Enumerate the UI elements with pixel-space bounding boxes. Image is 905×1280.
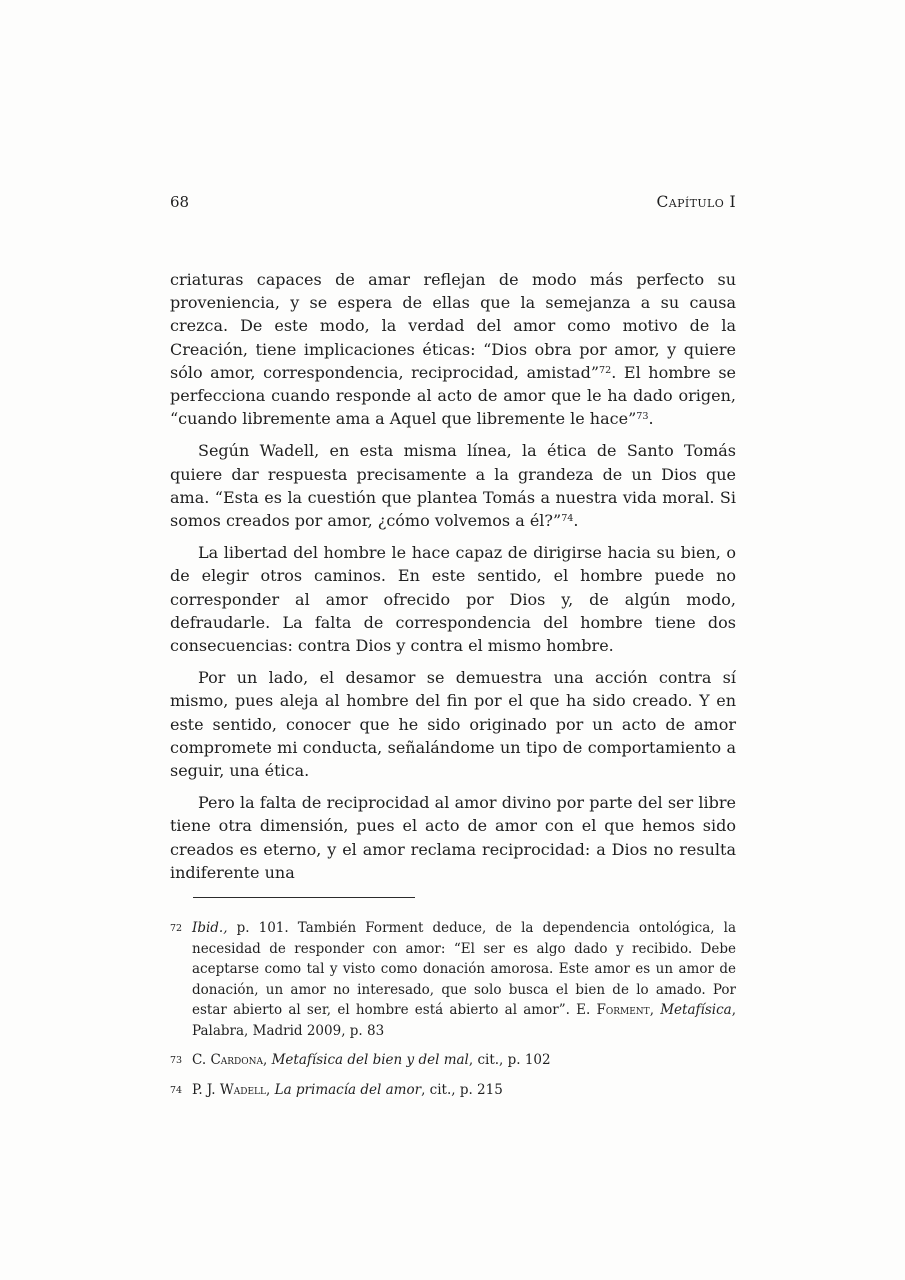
- page-content: 68 Capítulo I criaturas capaces de amar …: [170, 0, 736, 1109]
- body-text: criaturas capaces de amar reflejan de mo…: [170, 268, 736, 884]
- chapter-title: Capítulo I: [656, 193, 736, 211]
- footnote-number: 73: [170, 1051, 182, 1072]
- text-run: ,: [650, 1002, 661, 1018]
- footnote-text: Ibid., p. 101. También Forment deduce, d…: [192, 918, 736, 1041]
- page-header: 68 Capítulo I: [170, 193, 736, 211]
- page-number: 68: [170, 193, 189, 211]
- footnote: 73C. Cardona, Metafísica del bien y del …: [170, 1050, 736, 1071]
- footnote-reference: 74: [561, 513, 573, 524]
- paragraph: Por un lado, el desamor se demuestra una…: [170, 666, 736, 782]
- small-caps-text: Cardona: [210, 1052, 263, 1068]
- footnote-text: C. Cardona, Metafísica del bien y del ma…: [192, 1050, 736, 1071]
- text-run: ,: [263, 1052, 272, 1068]
- small-caps-text: Forment: [597, 1002, 650, 1018]
- italic-text: La primacía del amor: [275, 1082, 421, 1098]
- italic-text: Metafísica: [660, 1002, 731, 1018]
- paragraph: Según Wadell, en esta misma línea, la ét…: [170, 439, 736, 532]
- text-run: C.: [192, 1052, 210, 1068]
- footnote-separator: [193, 897, 415, 898]
- text-run: .: [573, 511, 578, 530]
- text-run: P. J.: [192, 1082, 220, 1098]
- footnote-text: P. J. Wadell, La primacía del amor, cit.…: [192, 1080, 736, 1101]
- footnote-number: 72: [170, 919, 182, 940]
- text-run: Por un lado, el desamor se demuestra una…: [170, 668, 736, 780]
- page: 68 Capítulo I criaturas capaces de amar …: [0, 0, 905, 1280]
- italic-text: Metafísica del bien y del mal: [272, 1052, 469, 1068]
- footnote-number: 74: [170, 1081, 182, 1102]
- paragraph: La libertad del hombre le hace capaz de …: [170, 541, 736, 657]
- small-caps-text: Wadell: [220, 1082, 266, 1098]
- paragraph: criaturas capaces de amar reflejan de mo…: [170, 268, 736, 430]
- italic-text: Ibid.,: [192, 920, 228, 936]
- text-run: , cit., p. 215: [421, 1082, 503, 1098]
- text-run: La libertad del hombre le hace capaz de …: [170, 543, 736, 655]
- text-run: , cit., p. 102: [469, 1052, 551, 1068]
- footnotes: 72Ibid., p. 101. También Forment deduce,…: [170, 918, 736, 1100]
- text-run: .: [648, 409, 653, 428]
- footnote: 72Ibid., p. 101. También Forment deduce,…: [170, 918, 736, 1041]
- text-run: Según Wadell, en esta misma línea, la ét…: [170, 441, 736, 530]
- paragraph: Pero la falta de reciprocidad al amor di…: [170, 791, 736, 884]
- text-run: ,: [266, 1082, 275, 1098]
- footnote-reference: 72: [599, 365, 611, 376]
- footnote: 74P. J. Wadell, La primacía del amor, ci…: [170, 1080, 736, 1101]
- text-run: Pero la falta de reciprocidad al amor di…: [170, 793, 736, 882]
- footnote-reference: 73: [636, 411, 648, 422]
